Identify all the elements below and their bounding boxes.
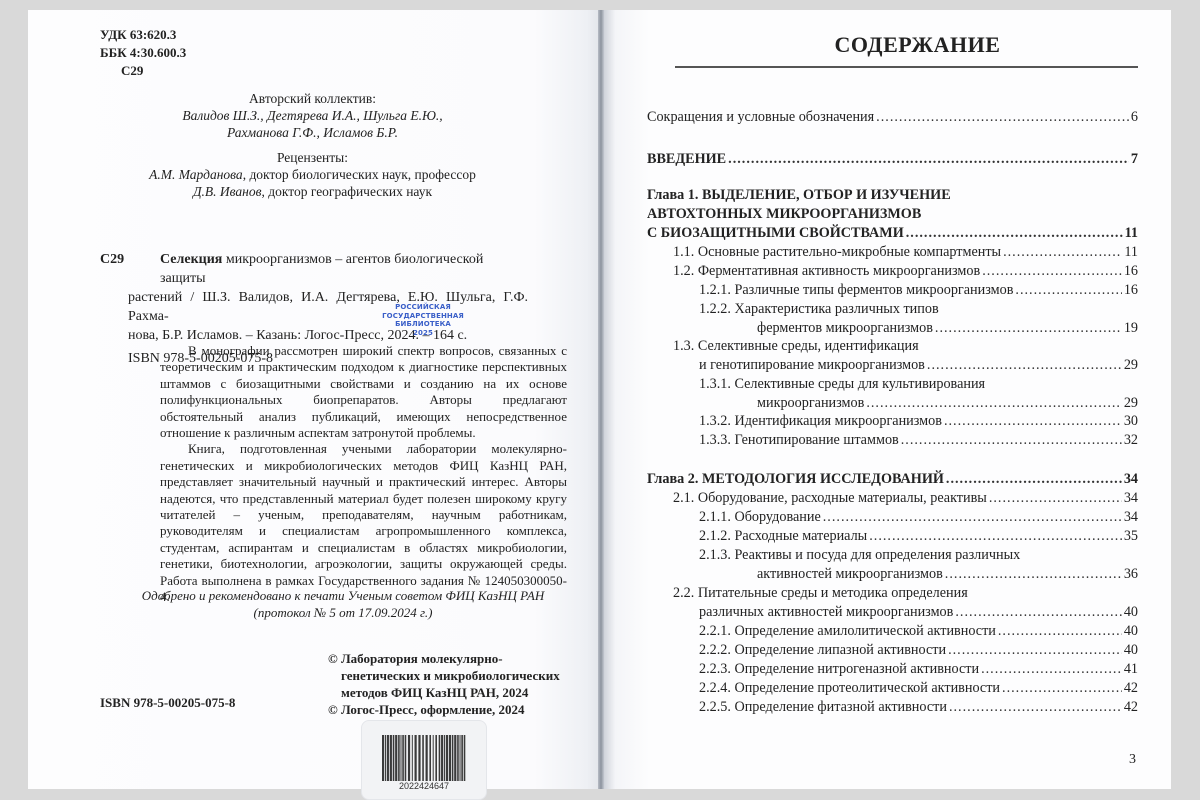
toc-entry-title: 1.1. Основные растительно-микробные комп…	[673, 243, 1001, 262]
stamp-line-3: БИБЛИОТЕКА	[382, 320, 464, 329]
toc-entry-title: 2.1. Оборудование, расходные материалы, …	[673, 489, 987, 508]
toc-entry[interactable]: 1.3.3. Генотипирование штаммов32	[699, 431, 1138, 450]
toc-leader-dots	[906, 224, 1123, 243]
toc-page-number: 29	[1124, 394, 1138, 413]
toc-page-number: 34	[1124, 508, 1138, 527]
toc-entry-title: 2.2.4. Определение протеолитической акти…	[699, 679, 1000, 698]
toc-leader-dots	[944, 412, 1122, 431]
stamp-year: 2025	[382, 329, 464, 338]
toc-entry[interactable]: 2.1.1. Оборудование34	[699, 508, 1138, 527]
toc-title: СОДЕРЖАНИЕ	[694, 32, 1141, 58]
toc-entry[interactable]: 1.2.1. Различные типы ферментов микроорг…	[699, 281, 1138, 300]
toc-leader-dots	[823, 508, 1122, 527]
bib-title: Селекция	[160, 252, 222, 267]
reviewer-2-title: , доктор географических наук	[261, 184, 432, 199]
authors-heading: Авторский коллектив:	[100, 90, 525, 107]
toc-leader-dots	[1002, 679, 1122, 698]
toc-page-number: 34	[1124, 489, 1138, 508]
bib-code: С29	[100, 250, 124, 269]
toc-entry-title: и генотипирование микроорганизмов	[699, 356, 925, 375]
barcode-sticker: 2022424647	[361, 720, 487, 800]
toc-page-number: 16	[1124, 262, 1138, 281]
toc-entry[interactable]: 1.2. Ферментативная активность микроорга…	[673, 262, 1138, 281]
copyright-line-1: © Лаборатория молекулярно-	[328, 650, 560, 667]
toc-page-number: 40	[1124, 603, 1138, 622]
toc-leader-dots	[946, 470, 1122, 489]
toc-leader-dots	[876, 108, 1129, 127]
abstract: В монографии рассмотрен широкий спектр в…	[160, 343, 567, 606]
toc-leader-dots	[927, 356, 1122, 375]
reviewer-2: Д.В. Иванов, доктор географических наук	[100, 183, 525, 200]
approval-note: Одобрено и рекомендовано к печати Ученым…	[128, 587, 558, 621]
toc-entry[interactable]: 2.2.5. Определение фитазной активности42	[699, 698, 1138, 717]
toc-entry-title: активностей микроорганизмов	[757, 565, 943, 584]
toc-page-number: 11	[1125, 224, 1138, 243]
toc-leader-dots	[866, 394, 1121, 413]
toc-entry[interactable]: 2.2.3. Определение нитрогеназной активно…	[699, 660, 1138, 679]
left-page: УДК 63:620.3 ББК 4:30.600.3 С29 Авторски…	[28, 10, 604, 789]
reviewer-1: А.М. Марданова, доктор биологических нау…	[100, 166, 525, 183]
reviewer-1-title: , доктор биологических наук, профессор	[243, 167, 476, 182]
toc-leader-dots	[955, 603, 1121, 622]
toc-entry[interactable]: и генотипирование микроорганизмов29	[699, 356, 1138, 375]
toc-entry[interactable]: различных активностей микроорганизмов40	[699, 603, 1138, 622]
toc-entry-title: 2.2.2. Определение липазной активности	[699, 641, 946, 660]
toc-page-number: 6	[1131, 108, 1138, 127]
toc-entry-title: 1.2.1. Различные типы ферментов микроорг…	[699, 281, 1013, 300]
toc-entry-line: 1.2.2. Характеристика различных типов	[699, 300, 939, 319]
toc-leader-dots	[935, 319, 1122, 338]
copyright-line-2: генетических и микробиологических	[328, 667, 560, 684]
toc-entry[interactable]: 2.1. Оборудование, расходные материалы, …	[673, 489, 1138, 508]
title-rule	[675, 66, 1138, 68]
toc-entry-title: микроорганизмов	[757, 394, 864, 413]
toc-entry-line: АВТОХТОННЫХ МИКРООРГАНИЗМОВ	[647, 205, 921, 224]
toc-entry[interactable]: ферментов микроорганизмов19	[757, 319, 1138, 338]
authors-line-2: Рахманова Г.Ф., Исламов Б.Р.	[100, 124, 525, 141]
toc-entry[interactable]: ВВЕДЕНИЕ7	[647, 150, 1138, 169]
toc-entry[interactable]: микроорганизмов29	[757, 394, 1138, 413]
toc-page-number: 36	[1124, 565, 1138, 584]
toc-entry[interactable]: Глава 2. МЕТОДОЛОГИЯ ИССЛЕДОВАНИЙ34	[647, 470, 1138, 489]
toc-page-number: 19	[1124, 319, 1138, 338]
isbn-footer: ISBN 978-5-00205-075-8	[100, 695, 235, 711]
toc-leader-dots	[869, 527, 1122, 546]
toc-entry-title: ВВЕДЕНИЕ	[647, 150, 726, 169]
copyright-line-3: методов ФИЦ КазНЦ РАН, 2024	[328, 684, 560, 701]
bib-line-1: Селекция микроорганизмов – агентов биоло…	[100, 250, 528, 288]
toc-leader-dots	[989, 489, 1122, 508]
book-spread: УДК 63:620.3 ББК 4:30.600.3 С29 Авторски…	[28, 10, 1171, 789]
toc-entry[interactable]: С БИОЗАЩИТНЫМИ СВОЙСТВАМИ11	[647, 224, 1138, 243]
toc-leader-dots	[1003, 243, 1122, 262]
abstract-paragraph-1: В монографии рассмотрен широкий спектр в…	[160, 343, 567, 441]
toc-entry-title: 2.2.1. Определение амилолитической актив…	[699, 622, 996, 641]
toc-page-number: 30	[1124, 412, 1138, 431]
toc-entry-line: Глава 1. ВЫДЕЛЕНИЕ, ОТБОР И ИЗУЧЕНИЕ	[647, 186, 951, 205]
reviewer-2-name: Д.В. Иванов	[193, 184, 262, 199]
toc-entry-title: 1.3.3. Генотипирование штаммов	[699, 431, 899, 450]
toc-entry-line: 2.2. Питательные среды и методика опреде…	[673, 584, 968, 603]
reviewer-1-name: А.М. Марданова	[149, 167, 243, 182]
approval-line-2: (протокол № 5 от 17.09.2024 г.)	[128, 604, 558, 621]
barcode-number: 2022424647	[362, 781, 486, 791]
toc-page-number: 40	[1124, 641, 1138, 660]
barcode-icon	[382, 735, 467, 781]
toc-entry-title: 1.2. Ферментативная активность микроорга…	[673, 262, 980, 281]
toc-entry[interactable]: 2.1.2. Расходные материалы35	[699, 527, 1138, 546]
author-sign: С29	[100, 62, 186, 80]
reviewers-heading: Рецензенты:	[100, 149, 525, 166]
toc-entry-line: 2.1.3. Реактивы и посуда для определения…	[699, 546, 1020, 565]
right-page: СОДЕРЖАНИЕ Сокращения и условные обознач…	[604, 10, 1171, 789]
toc-page-number: 34	[1124, 470, 1138, 489]
authors-line-1: Валидов Ш.З., Дегтярева И.А., Шульга Е.Ю…	[100, 107, 525, 124]
toc-page-number: 42	[1124, 679, 1138, 698]
toc-entry-title: 2.2.5. Определение фитазной активности	[699, 698, 947, 717]
toc-page-number: 35	[1124, 527, 1138, 546]
toc-entry-title: Глава 2. МЕТОДОЛОГИЯ ИССЛЕДОВАНИЙ	[647, 470, 944, 489]
reviewers-block: Рецензенты: А.М. Марданова, доктор биоло…	[100, 149, 525, 200]
toc-page-number: 42	[1124, 698, 1138, 717]
catalog-codes: УДК 63:620.3 ББК 4:30.600.3 С29	[100, 26, 186, 80]
toc-entry-title: различных активностей микроорганизмов	[699, 603, 953, 622]
toc-entry[interactable]: 1.1. Основные растительно-микробные комп…	[673, 243, 1138, 262]
toc-page-number: 16	[1124, 281, 1138, 300]
toc-entry-title: 2.1.2. Расходные материалы	[699, 527, 867, 546]
toc-page-number: 11	[1124, 243, 1138, 262]
toc-entry-title: С БИОЗАЩИТНЫМИ СВОЙСТВАМИ	[647, 224, 904, 243]
toc-leader-dots	[949, 698, 1122, 717]
toc-entry-line: 1.3. Селективные среды, идентификация	[673, 337, 919, 356]
toc-entry[interactable]: 2.2.4. Определение протеолитической акти…	[699, 679, 1138, 698]
toc-entry[interactable]: 2.2.2. Определение липазной активности40	[699, 641, 1138, 660]
approval-line-1: Одобрено и рекомендовано к печати Ученым…	[128, 587, 558, 604]
toc-leader-dots	[948, 641, 1122, 660]
bbk-code: ББК 4:30.600.3	[100, 44, 186, 62]
toc-entry-title: 2.2.3. Определение нитрогеназной активно…	[699, 660, 979, 679]
toc-leader-dots	[945, 565, 1122, 584]
toc-entry-title: ферментов микроорганизмов	[757, 319, 933, 338]
toc-leader-dots	[901, 431, 1122, 450]
stamp-line-2: ГОСУДАРСТВЕННАЯ	[382, 312, 464, 321]
toc-entry[interactable]: активностей микроорганизмов36	[757, 565, 1138, 584]
authors-block: Авторский коллектив: Валидов Ш.З., Дегтя…	[100, 90, 525, 141]
toc-leader-dots	[981, 660, 1122, 679]
toc-page-number: 40	[1124, 622, 1138, 641]
toc-entry[interactable]: Сокращения и условные обозначения6	[647, 108, 1138, 127]
udk-code: УДК 63:620.3	[100, 26, 186, 44]
toc-page-number: 32	[1124, 431, 1138, 450]
toc-leader-dots	[728, 150, 1129, 169]
library-stamp: РОССИЙСКАЯ ГОСУДАРСТВЕННАЯ БИБЛИОТЕКА 20…	[382, 303, 464, 337]
toc-leader-dots	[1015, 281, 1121, 300]
toc-entry-title: Сокращения и условные обозначения	[647, 108, 874, 127]
toc-leader-dots	[998, 622, 1122, 641]
toc-page-number: 7	[1131, 150, 1138, 169]
toc-entry-title: 1.3.2. Идентификация микроорганизмов	[699, 412, 942, 431]
toc-page-number: 41	[1124, 660, 1138, 679]
toc-page-number: 29	[1124, 356, 1138, 375]
toc-entry[interactable]: 2.2.1. Определение амилолитической актив…	[699, 622, 1138, 641]
toc-entry-line: 1.3.1. Селективные среды для культивиров…	[699, 375, 985, 394]
stamp-line-1: РОССИЙСКАЯ	[382, 303, 464, 312]
toc-leader-dots	[982, 262, 1122, 281]
copyright-block: © Лаборатория молекулярно- генетических …	[328, 650, 560, 718]
toc-entry-title: 2.1.1. Оборудование	[699, 508, 821, 527]
page-number: 3	[1129, 752, 1136, 768]
abstract-paragraph-2: Книга, подготовленная учеными лаборатори…	[160, 441, 567, 605]
copyright-line-4: © Логос-Пресс, оформление, 2024	[328, 701, 560, 718]
toc-entry[interactable]: 1.3.2. Идентификация микроорганизмов30	[699, 412, 1138, 431]
